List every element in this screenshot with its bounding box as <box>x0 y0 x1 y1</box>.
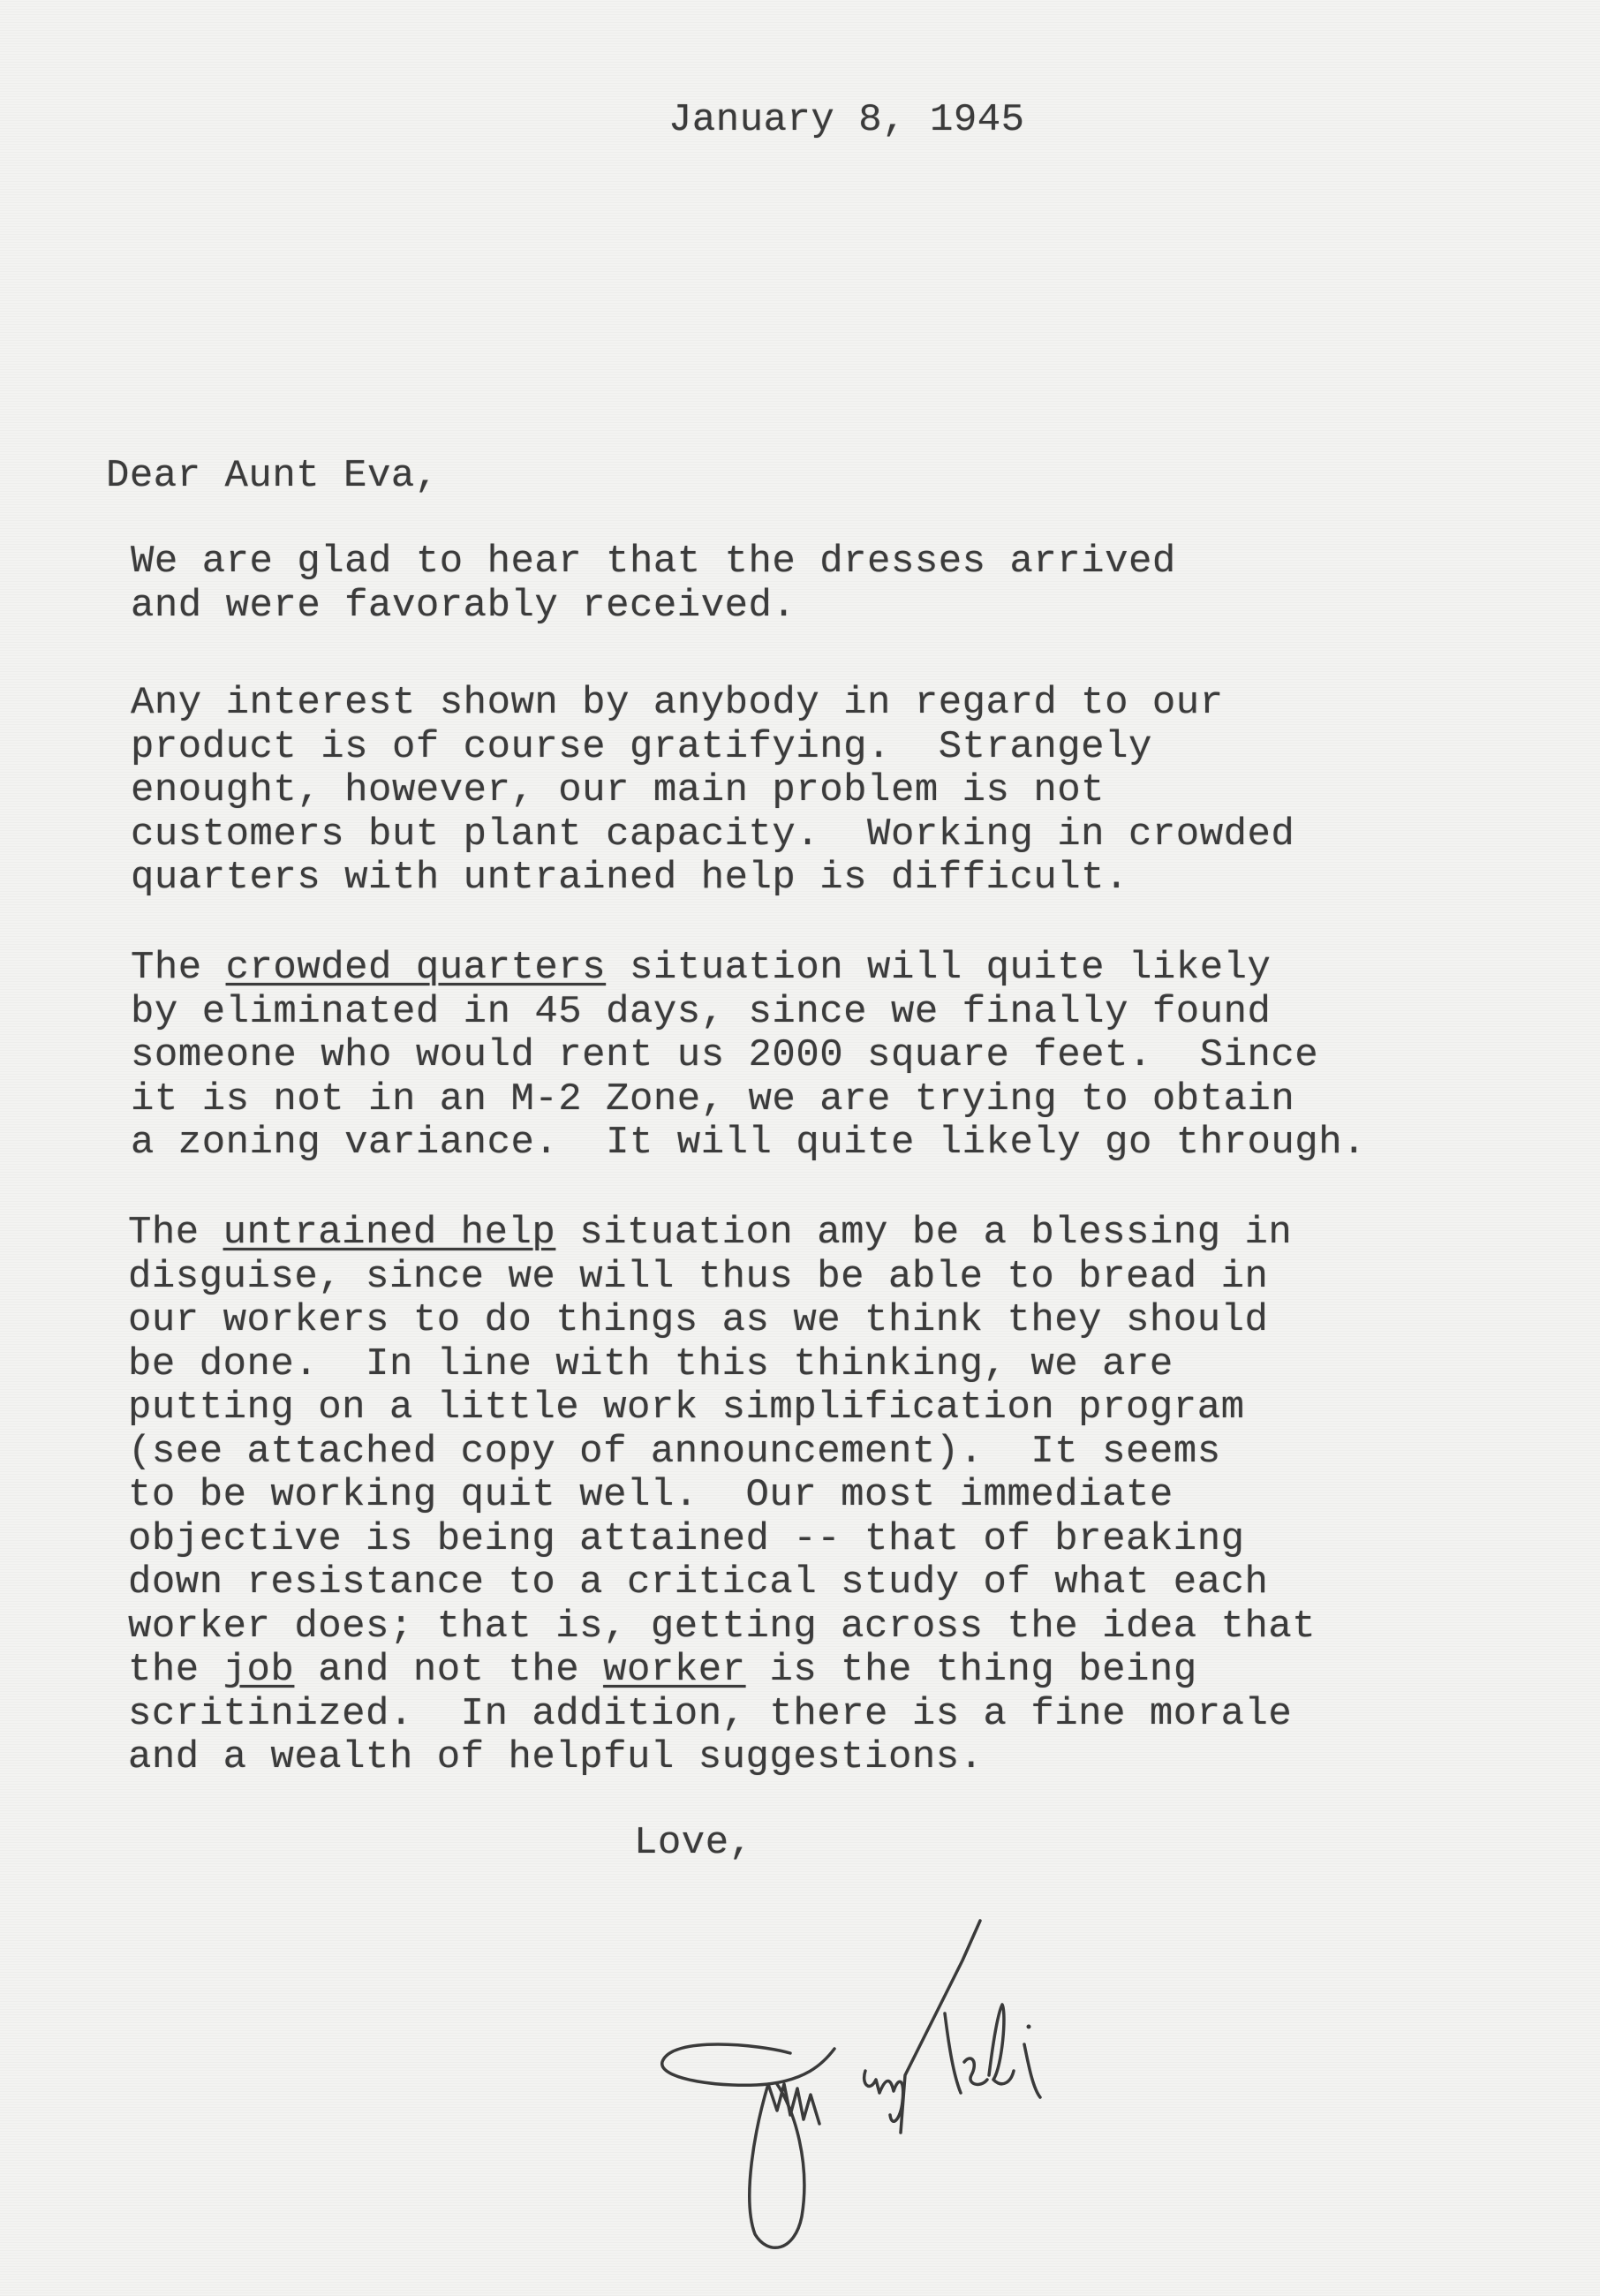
closing: Love, <box>634 1822 753 1866</box>
text-line: putting on a little work simplification … <box>128 1386 1316 1431</box>
text-line: disguise, since we will thus be able to … <box>128 1256 1316 1300</box>
text-line: be done. In line with this thinking, we … <box>128 1343 1316 1387</box>
text-line: (see attached copy of announcement). It … <box>128 1431 1316 1475</box>
paragraph: Any interest shown by anybody in regard … <box>131 682 1294 901</box>
paragraph: We are glad to hear that the dresses arr… <box>131 540 1176 628</box>
text-line: a zoning variance. It will quite likely … <box>131 1122 1366 1166</box>
text-line: The crowded quarters situation will quit… <box>131 947 1366 991</box>
underlined-phrase: untrained help <box>223 1211 556 1255</box>
text-line: to be working quit well. Our most immedi… <box>128 1474 1316 1518</box>
text-line: it is not in an M-2 Zone, we are trying … <box>131 1078 1366 1122</box>
text-line: Any interest shown by anybody in regard … <box>131 682 1294 726</box>
text-line: someone who would rent us 2000 square fe… <box>131 1034 1366 1078</box>
letter-page: January 8, 1945 Dear Aunt Eva, We are gl… <box>0 0 1600 2296</box>
text-line: worker does; that is, getting across the… <box>128 1605 1316 1650</box>
text-line: product is of course gratifying. Strange… <box>131 726 1294 770</box>
text-line: the job and not the worker is the thing … <box>128 1649 1316 1693</box>
text-line: customers but plant capacity. Working in… <box>131 813 1294 857</box>
underlined-phrase: worker <box>603 1648 745 1692</box>
text-line: and were favorably received. <box>131 585 1176 629</box>
salutation: Dear Aunt Eva, <box>106 455 439 499</box>
text-line: our workers to do things as we think the… <box>128 1299 1316 1343</box>
letter-date: January 8, 1945 <box>668 99 1025 143</box>
underlined-phrase: job <box>223 1648 295 1692</box>
text-line: enought, however, our main problem is no… <box>131 769 1294 813</box>
text-line: We are glad to hear that the dresses arr… <box>131 540 1176 585</box>
underlined-phrase: crowded quarters <box>226 946 606 990</box>
text-line: quarters with untrained help is difficul… <box>131 857 1294 901</box>
paragraph: The untrained help situation amy be a bl… <box>128 1212 1316 1780</box>
text-line: The untrained help situation amy be a bl… <box>128 1212 1316 1256</box>
paragraph: The crowded quarters situation will quit… <box>131 947 1366 1166</box>
handwritten-signature <box>653 1863 1113 2252</box>
text-line: scritinized. In addition, there is a fin… <box>128 1693 1316 1737</box>
text-line: by eliminated in 45 days, since we final… <box>131 991 1366 1035</box>
text-line: down resistance to a critical study of w… <box>128 1561 1316 1605</box>
text-line: and a wealth of helpful suggestions. <box>128 1736 1316 1780</box>
text-line: objective is being attained -- that of b… <box>128 1518 1316 1562</box>
